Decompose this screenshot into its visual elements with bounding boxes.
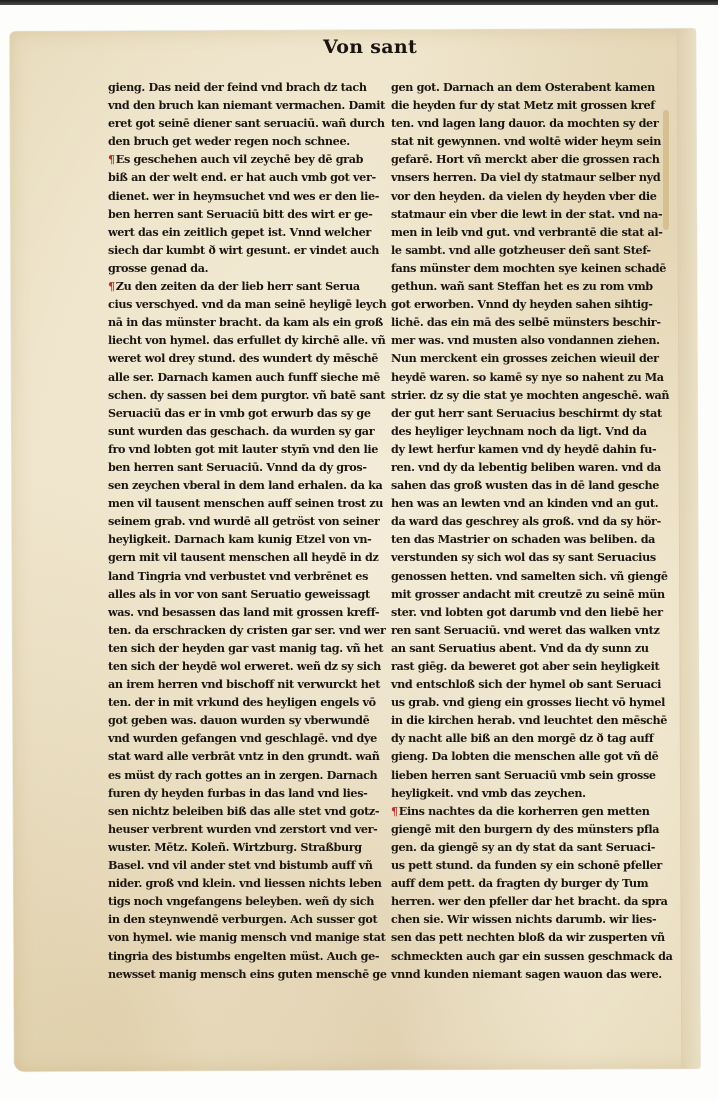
line-text: ten. da erschracken dy cristen gar ser. … [108, 623, 386, 637]
text-line: von hymel. wie manig mensch vnd manige s… [108, 928, 360, 946]
line-text: genossen hetten. vnd samelten sich. vñ g… [391, 569, 668, 583]
line-text: eret got seinē diener sant seruaciū. wañ… [108, 116, 385, 130]
text-line: men in leib vnd gut. vnd verbrantē die s… [391, 223, 653, 241]
text-line: ren. vnd dy da lebentig beliben waren. v… [391, 458, 653, 476]
line-text: Es geschehen auch vil zeychē bey dē grab [116, 152, 363, 166]
text-line: in den steynwendē verburgen. Ach susser … [108, 910, 360, 928]
line-text: us grab. vnd gieng ein grosses liecht vō… [391, 695, 665, 709]
text-line: wert das ein zeitlich gepet ist. Vnnd we… [108, 223, 360, 241]
line-text: giengē mit den burgern dy des münsters p… [391, 822, 659, 836]
line-text: nā in das münster bracht. da kam als ein… [108, 315, 383, 329]
text-line: ¶Eins nachtes da die korherren gen mette… [391, 802, 653, 820]
text-line: lieben herren sant Seruaciū vmb sein gro… [391, 766, 653, 784]
line-text: sen das pett nechten bloß da wir zuspert… [391, 930, 665, 944]
line-text: men in leib vnd gut. vnd verbrantē die s… [391, 225, 663, 239]
text-line: vnd entschloß sich der hymel ob sant Ser… [391, 675, 653, 693]
line-text: got erworben. Vnnd dy heyden sahen sihti… [391, 297, 653, 311]
line-text: stat nit gewynnen. vnd woltē wider heym … [391, 134, 661, 148]
line-text: seinem grab. vnd wurdē all getröst von s… [108, 514, 380, 528]
line-text: an sant Seruatius abent. Vnd da dy sunn … [391, 641, 649, 655]
text-line: eret got seinē diener sant seruaciū. wañ… [108, 114, 360, 132]
text-line: sen zeychen vberal in dem land erhalen. … [108, 476, 360, 494]
text-line: statmaur ein vber die lewt in der stat. … [391, 205, 653, 223]
text-line: wuster. Mētz. Koleñ. Wirtzburg. Straßbur… [108, 838, 360, 856]
text-line: ster. vnd lobten got darumb vnd den lieb… [391, 603, 653, 621]
line-text: vor den heyden. da vielen dy heyden vber… [391, 189, 657, 203]
line-text: tingria des bistumbs engelten müst. Auch… [108, 949, 379, 963]
text-line: alles als in vor von sant Seruatio gewei… [108, 585, 360, 603]
line-text: tigs noch vngefangens beleyben. weñ dy s… [108, 894, 374, 908]
line-text: gern mit vil tausent menschen all heydē … [108, 550, 379, 564]
top-edge-bar [0, 0, 718, 5]
text-line: chen sie. Wir wissen nichts darumb. wir … [391, 910, 653, 928]
line-text: der gut herr sant Seruacius beschirmt dy… [391, 406, 662, 420]
text-line: seinem grab. vnd wurdē all getröst von s… [108, 512, 360, 530]
text-line: vnsers herren. Da viel dy statmaur selbe… [391, 168, 653, 186]
line-text: wuster. Mētz. Koleñ. Wirtzburg. Straßbur… [108, 840, 362, 854]
line-text: heyligkeit. vnd vmb das zeychen. [391, 786, 586, 800]
text-line: vnd wurden gefangen vnd geschlagē. vnd d… [108, 729, 360, 747]
text-line: tingria des bistumbs engelten müst. Auch… [108, 947, 360, 965]
line-text: le sambt. vnd alle gotzheuser deñ sant S… [391, 243, 651, 257]
line-text: von hymel. wie manig mensch vnd manige s… [108, 930, 385, 944]
text-line: ten. der in mit vrkund des heyligen enge… [108, 693, 360, 711]
line-text: siech dar kumbt ð wirt gesunt. er vindet… [108, 243, 379, 257]
line-text: gen. da giengē sy an dy stat da sant Ser… [391, 840, 655, 854]
text-line: in die kirchen herab. vnd leuchtet den m… [391, 711, 653, 729]
text-line: sunt wurden das geschach. da wurden sy g… [108, 422, 360, 440]
text-line: strier. dz sy die stat ye mochten angesc… [391, 386, 653, 404]
text-line: dienet. wer in heymsuchet vnd wes er den… [108, 187, 360, 205]
line-text: ten das Mastrier on schaden was beliben.… [391, 532, 655, 546]
line-text: vnd entschloß sich der hymel ob sant Ser… [391, 677, 661, 691]
text-line: gethun. wañ sant Steffan het es zu rom v… [391, 277, 653, 295]
rubrication-mark: ¶ [108, 279, 115, 293]
rubrication-mark: ¶ [108, 152, 115, 166]
text-line: verstunden sy sich wol das sy sant Serua… [391, 548, 653, 566]
text-line: us grab. vnd gieng ein grosses liecht vō… [391, 693, 653, 711]
text-line: stat ward alle verbrāt vntz in den grund… [108, 747, 360, 765]
text-line: ren sant Seruaciū. vnd weret das walken … [391, 621, 653, 639]
line-text: verstunden sy sich wol das sy sant Serua… [391, 550, 656, 564]
text-line: nā in das münster bracht. da kam als ein… [108, 313, 360, 331]
text-line: heuser verbrent wurden vnd zerstort vnd … [108, 820, 360, 838]
line-text: dienet. wer in heymsuchet vnd wes er den… [108, 189, 379, 203]
line-text: men vil tausent menschen auff seinen tro… [108, 496, 383, 510]
text-line: schmeckten auch gar ein sussen geschmack… [391, 947, 653, 965]
line-text: grosse genad da. [108, 261, 208, 275]
text-line: heydē waren. so kamē sy nye so nahent zu… [391, 368, 653, 386]
line-text: die heyden fur dy stat Metz mit grossen … [391, 98, 655, 112]
line-text: des heyliger leychnam noch da ligt. Vnd … [391, 424, 647, 438]
text-line: sen nichtz beleiben biß das alle stet vn… [108, 802, 360, 820]
rubrication-mark: ¶ [391, 804, 398, 818]
text-line: heyligkeit. vnd vmb das zeychen. [391, 784, 653, 802]
line-text: ten. vnd lagen lang dauor. da mochten sy… [391, 116, 658, 130]
text-line: stat nit gewynnen. vnd woltē wider heym … [391, 132, 653, 150]
line-text: chen sie. Wir wissen nichts darumb. wir … [391, 912, 656, 926]
line-text: vnd wurden gefangen vnd geschlagē. vnd d… [108, 731, 377, 745]
text-line: rast giēg. da beweret got aber sein heyl… [391, 657, 653, 675]
line-text: gieng. Da lobten die menschen alle got v… [391, 749, 658, 763]
line-text: stat ward alle verbrāt vntz in den grund… [108, 749, 380, 763]
line-text: hen was an lewten vnd an kinden vnd an g… [391, 496, 658, 510]
text-line: gieng. Da lobten die menschen alle got v… [391, 747, 653, 765]
running-head: Von sant [300, 36, 440, 58]
text-line: ben herren sant Seruaciū. Vnnd da dy gro… [108, 458, 360, 476]
text-line: an sant Seruatius abent. Vnd da dy sunn … [391, 639, 653, 657]
text-line: der gut herr sant Seruacius beschirmt dy… [391, 404, 653, 422]
text-line: ben herren sant Seruaciū bitt des wirt e… [108, 205, 360, 223]
line-text: Seruaciū das er in vmb got erwurb das sy… [108, 406, 371, 420]
line-text: gefarē. Hort vñ merckt aber die grossen … [391, 152, 659, 166]
line-text: sahen das groß wusten das in dē land ges… [391, 478, 659, 492]
line-text: us pett stund. da funden sy ein schonē p… [391, 858, 662, 872]
line-text: weret wol drey stund. des wundert dy mēs… [108, 351, 378, 365]
line-text: ten sich der heydē wol erweret. weñ dz s… [108, 659, 381, 673]
line-text: gen got. Darnach an dem Osterabent kamen [391, 80, 655, 94]
text-line: biß an der welt end. er hat auch vmb got… [108, 168, 360, 186]
text-line: newsset manig mensch eins guten menschē … [108, 965, 360, 983]
line-text: nider. groß vnd klein. vnd liessen nicht… [108, 876, 382, 890]
line-text: biß an der welt end. er hat auch vmb got… [108, 170, 376, 184]
text-line: ten das Mastrier on schaden was beliben.… [391, 530, 653, 548]
line-text: auff dem pett. da fragten dy burger dy T… [391, 876, 648, 890]
text-line: vnnd kunden niemant sagen wauon das were… [391, 965, 653, 983]
line-text: newsset manig mensch eins guten menschē … [108, 967, 387, 981]
line-text: ten sich der heyden gar vast manig tag. … [108, 641, 383, 655]
text-line: dy lewt herfur kamen vnd dy heydē dahin … [391, 440, 653, 458]
line-text: sen nichtz beleiben biß das alle stet vn… [108, 804, 379, 818]
line-text: strier. dz sy die stat ye mochten angesc… [391, 388, 669, 402]
text-line: dy nacht alle biß an den morgē dz ð tag … [391, 729, 653, 747]
line-text: furen dy heyden furbas in das land vnd l… [108, 786, 367, 800]
line-text: Basel. vnd vil ander stet vnd bistumb au… [108, 858, 373, 872]
line-text: wert das ein zeitlich gepet ist. Vnnd we… [108, 225, 371, 239]
text-line: da ward das geschrey als groß. vnd da sy… [391, 512, 653, 530]
text-line: land Tingria vnd verbustet vnd verbrēnet… [108, 567, 360, 585]
text-line: gen got. Darnach an dem Osterabent kamen [391, 78, 653, 96]
text-line: gen. da giengē sy an dy stat da sant Ser… [391, 838, 653, 856]
page-edge-fold [677, 29, 701, 1069]
text-line: Basel. vnd vil ander stet vnd bistumb au… [108, 856, 360, 874]
text-line: gefarē. Hort vñ merckt aber die grossen … [391, 150, 653, 168]
text-line: schen. dy sassen bei dem purgtor. vñ bat… [108, 386, 360, 404]
line-text: fro vnd lobten got mit lauter stym̄ vnd … [108, 442, 378, 456]
line-text: den bruch get weder regen noch schnee. [108, 134, 350, 148]
text-line: ten. da erschracken dy cristen gar ser. … [108, 621, 360, 639]
text-line: ¶Es geschehen auch vil zeychē bey dē gra… [108, 150, 360, 168]
line-text: da ward das geschrey als groß. vnd da sy… [391, 514, 661, 528]
text-line: weret wol drey stund. des wundert dy mēs… [108, 349, 360, 367]
text-line: le sambt. vnd alle gotzheuser deñ sant S… [391, 241, 653, 259]
text-line: sahen das groß wusten das in dē land ges… [391, 476, 653, 494]
text-line: gern mit vil tausent menschen all heydē … [108, 548, 360, 566]
line-text: was. vnd besassen das land mit grossen k… [108, 605, 379, 619]
line-text: in die kirchen herab. vnd leuchtet den m… [391, 713, 667, 727]
text-line: got erworben. Vnnd dy heyden sahen sihti… [391, 295, 653, 313]
text-line: nider. groß vnd klein. vnd liessen nicht… [108, 874, 360, 892]
line-text: vnnd kunden niemant sagen wauon das were… [391, 967, 662, 981]
line-text: statmaur ein vber die lewt in der stat. … [391, 207, 662, 221]
text-line: Seruaciū das er in vmb got erwurb das sy… [108, 404, 360, 422]
line-text: Eins nachtes da die korherren gen metten [399, 804, 650, 818]
text-line: was. vnd besassen das land mit grossen k… [108, 603, 360, 621]
text-line: giengē mit den burgern dy des münsters p… [391, 820, 653, 838]
text-line: grosse genad da. [108, 259, 360, 277]
line-text: land Tingria vnd verbustet vnd verbrēnet… [108, 569, 368, 583]
text-line: mer was. vnd musten also vondannen ziehe… [391, 331, 653, 349]
text-line: herren. wer den pfeller dar het bracht. … [391, 892, 653, 910]
line-text: es müst dy rach gottes an in zergen. Dar… [108, 768, 377, 782]
line-text: gethun. wañ sant Steffan het es zu rom v… [391, 279, 653, 293]
line-text: alles als in vor von sant Seruatio gewei… [108, 587, 370, 601]
text-line: liecht von hymel. das erfullet dy kirchē… [108, 331, 360, 349]
text-line: hen was an lewten vnd an kinden vnd an g… [391, 494, 653, 512]
text-line: cius verschyed. vnd da man seinē heyligē… [108, 295, 360, 313]
line-text: heydē waren. so kamē sy nye so nahent zu… [391, 370, 664, 384]
line-text: schen. dy sassen bei dem purgtor. vñ bat… [108, 388, 385, 402]
line-text: lieben herren sant Seruaciū vmb sein gro… [391, 768, 656, 782]
line-text: heuser verbrent wurden vnd zerstort vnd … [108, 822, 377, 836]
text-line: mit grosser andacht mit creutzē zu seinē… [391, 585, 653, 603]
line-text: herren. wer den pfeller dar het bracht. … [391, 894, 668, 908]
line-text: an irem herren vnd bischoff nit verwurck… [108, 677, 380, 691]
text-line: ten sich der heyden gar vast manig tag. … [108, 639, 360, 657]
text-line: es müst dy rach gottes an in zergen. Dar… [108, 766, 360, 784]
text-line: auff dem pett. da fragten dy burger dy T… [391, 874, 653, 892]
text-line: men vil tausent menschen auff seinen tro… [108, 494, 360, 512]
text-line: fans münster dem mochten sye keinen scha… [391, 259, 653, 277]
left-text-column: gieng. Das neid der feind vnd brach dz t… [108, 78, 360, 983]
line-text: ben herren sant Seruaciū bitt des wirt e… [108, 207, 372, 221]
line-text: in den steynwendē verburgen. Ach susser … [108, 912, 377, 926]
line-text: Nun merckent ein grosses zeichen wieuil … [391, 351, 659, 365]
line-text: rast giēg. da beweret got aber sein heyl… [391, 659, 659, 673]
line-text: heyligkeit. Darnach kam kunig Etzel von … [108, 532, 371, 546]
line-text: dy lewt herfur kamen vnd dy heydē dahin … [391, 442, 656, 456]
line-text: ster. vnd lobten got darumb vnd den lieb… [391, 605, 663, 619]
text-line: tigs noch vngefangens beleyben. weñ dy s… [108, 892, 360, 910]
line-text: liecht von hymel. das erfullet dy kirchē… [108, 333, 385, 347]
line-text: vnsers herren. Da viel dy statmaur selbe… [391, 170, 660, 184]
text-line: got geben was. dauon wurden sy vberwundē [108, 711, 360, 729]
line-text: Zu den zeiten da der lieb herr sant Seru… [116, 279, 360, 293]
text-line: genossen hetten. vnd samelten sich. vñ g… [391, 567, 653, 585]
text-line: ¶Zu den zeiten da der lieb herr sant Ser… [108, 277, 360, 295]
line-text: got geben was. dauon wurden sy vberwundē [108, 713, 369, 727]
line-text: sen zeychen vberal in dem land erhalen. … [108, 478, 382, 492]
paper-stain [663, 110, 669, 230]
line-text: mer was. vnd musten also vondannen ziehe… [391, 333, 660, 347]
line-text: alle ser. Darnach kamen auch funff siech… [108, 370, 380, 384]
line-text: fans münster dem mochten sye keinen scha… [391, 261, 666, 275]
text-line: siech dar kumbt ð wirt gesunt. er vindet… [108, 241, 360, 259]
line-text: ren sant Seruaciū. vnd weret das walken … [391, 623, 659, 637]
line-text: cius verschyed. vnd da man seinē heyligē… [108, 297, 386, 311]
line-text: lichē. das ein mā des selbē münsters bes… [391, 315, 661, 329]
text-line: an irem herren vnd bischoff nit verwurck… [108, 675, 360, 693]
text-line: us pett stund. da funden sy ein schonē p… [391, 856, 653, 874]
text-line: furen dy heyden furbas in das land vnd l… [108, 784, 360, 802]
line-text: ren. vnd dy da lebentig beliben waren. v… [391, 460, 661, 474]
right-text-column: gen got. Darnach an dem Osterabent kamen… [391, 78, 653, 983]
line-text: schmeckten auch gar ein sussen geschmack… [391, 949, 673, 963]
text-line: des heyliger leychnam noch da ligt. Vnd … [391, 422, 653, 440]
line-text: ben herren sant Seruaciū. Vnnd da dy gro… [108, 460, 367, 474]
text-line: ten. vnd lagen lang dauor. da mochten sy… [391, 114, 653, 132]
text-line: den bruch get weder regen noch schnee. [108, 132, 360, 150]
text-line: vnd den bruch kan niemant vermachen. Dam… [108, 96, 360, 114]
text-line: sen das pett nechten bloß da wir zuspert… [391, 928, 653, 946]
text-line: lichē. das ein mā des selbē münsters bes… [391, 313, 653, 331]
text-line: gieng. Das neid der feind vnd brach dz t… [108, 78, 360, 96]
line-text: sunt wurden das geschach. da wurden sy g… [108, 424, 374, 438]
line-text: ten. der in mit vrkund des heyligen enge… [108, 695, 376, 709]
line-text: mit grosser andacht mit creutzē zu seinē… [391, 587, 665, 601]
text-line: Nun merckent ein grosses zeichen wieuil … [391, 349, 653, 367]
text-line: fro vnd lobten got mit lauter stym̄ vnd … [108, 440, 360, 458]
text-line: die heyden fur dy stat Metz mit grossen … [391, 96, 653, 114]
text-line: alle ser. Darnach kamen auch funff siech… [108, 368, 360, 386]
text-line: heyligkeit. Darnach kam kunig Etzel von … [108, 530, 360, 548]
text-line: ten sich der heydē wol erweret. weñ dz s… [108, 657, 360, 675]
line-text: gieng. Das neid der feind vnd brach dz t… [108, 80, 367, 94]
text-line: vor den heyden. da vielen dy heyden vber… [391, 187, 653, 205]
line-text: dy nacht alle biß an den morgē dz ð tag … [391, 731, 653, 745]
line-text: vnd den bruch kan niemant vermachen. Dam… [108, 98, 385, 112]
